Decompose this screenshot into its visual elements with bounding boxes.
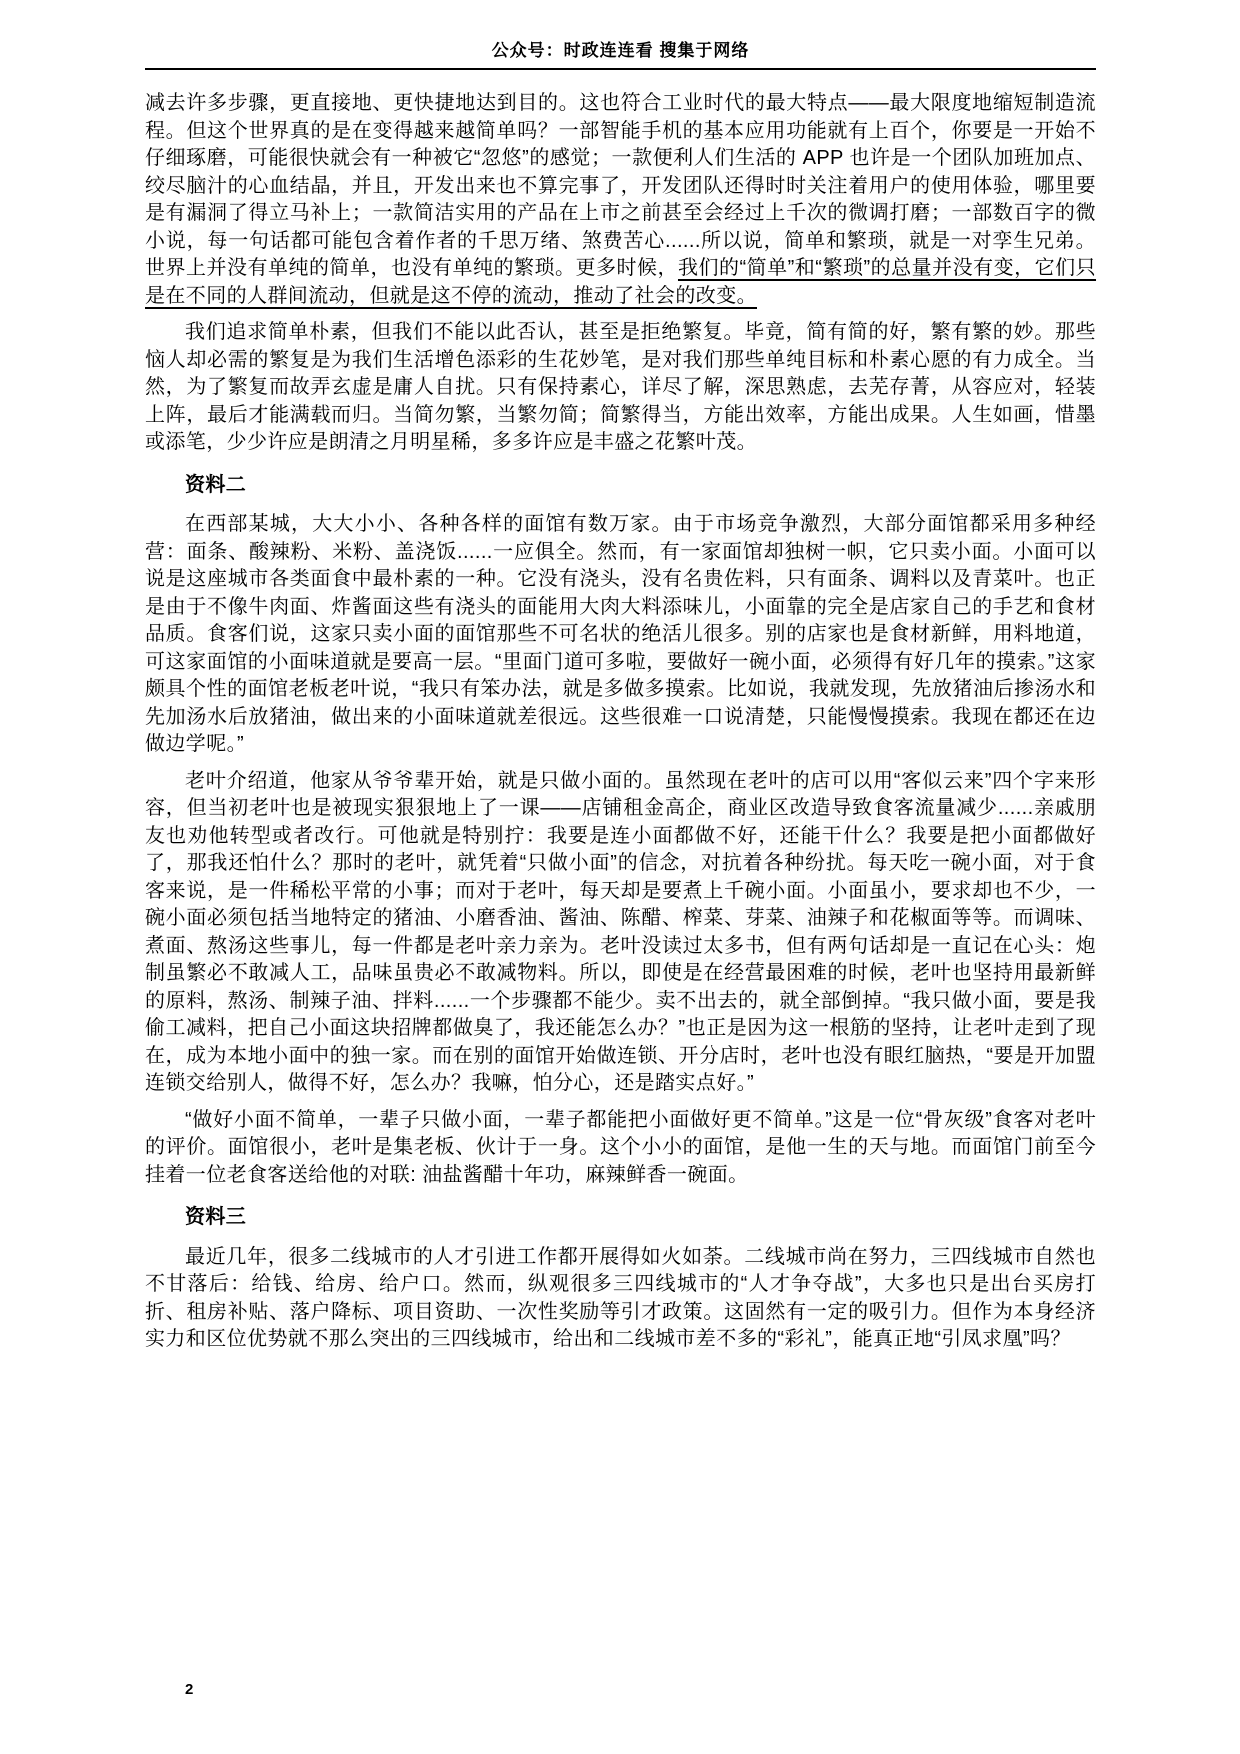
section-heading-material-3: 资料三: [145, 1204, 1096, 1232]
page-number: 2: [185, 1681, 193, 1698]
page-header: 公众号：时政连连看 搜集于网络: [145, 40, 1096, 70]
document-body: 减去许多步骤，更直接地、更快捷地达到目的。这也符合工业时代的最大特点——最大限度…: [145, 90, 1096, 1354]
paragraph-1-text: 减去许多步骤，更直接地、更快捷地达到目的。这也符合工业时代的最大特点——最大限度…: [145, 92, 1096, 279]
document-page: 公众号：时政连连看 搜集于网络 减去许多步骤，更直接地、更快捷地达到目的。这也符…: [0, 0, 1240, 1754]
paragraph-2: 我们追求简单朴素，但我们不能以此否认，甚至是拒绝繁复。毕竟，简有简的好，繁有繁的…: [145, 319, 1096, 457]
section-heading-material-2: 资料二: [145, 472, 1096, 500]
paragraph-3: 在西部某城，大大小小、各种各样的面馆有数万家。由于市场竞争激烈，大部分面馆都采用…: [145, 511, 1096, 759]
paragraph-5: “做好小面不简单，一辈子只做小面，一辈子都能把小面做好更不简单。”这是一位“骨灰…: [145, 1107, 1096, 1190]
paragraph-1: 减去许多步骤，更直接地、更快捷地达到目的。这也符合工业时代的最大特点——最大限度…: [145, 90, 1096, 310]
paragraph-6: 最近几年，很多二线城市的人才引进工作都开展得如火如荼。二线城市尚在努力，三四线城…: [145, 1244, 1096, 1354]
header-title: 公众号：时政连连看 搜集于网络: [145, 40, 1096, 61]
paragraph-4: 老叶介绍道，他家从爷爷辈开始，就是只做小面的。虽然现在老叶的店可以用“客似云来”…: [145, 768, 1096, 1098]
